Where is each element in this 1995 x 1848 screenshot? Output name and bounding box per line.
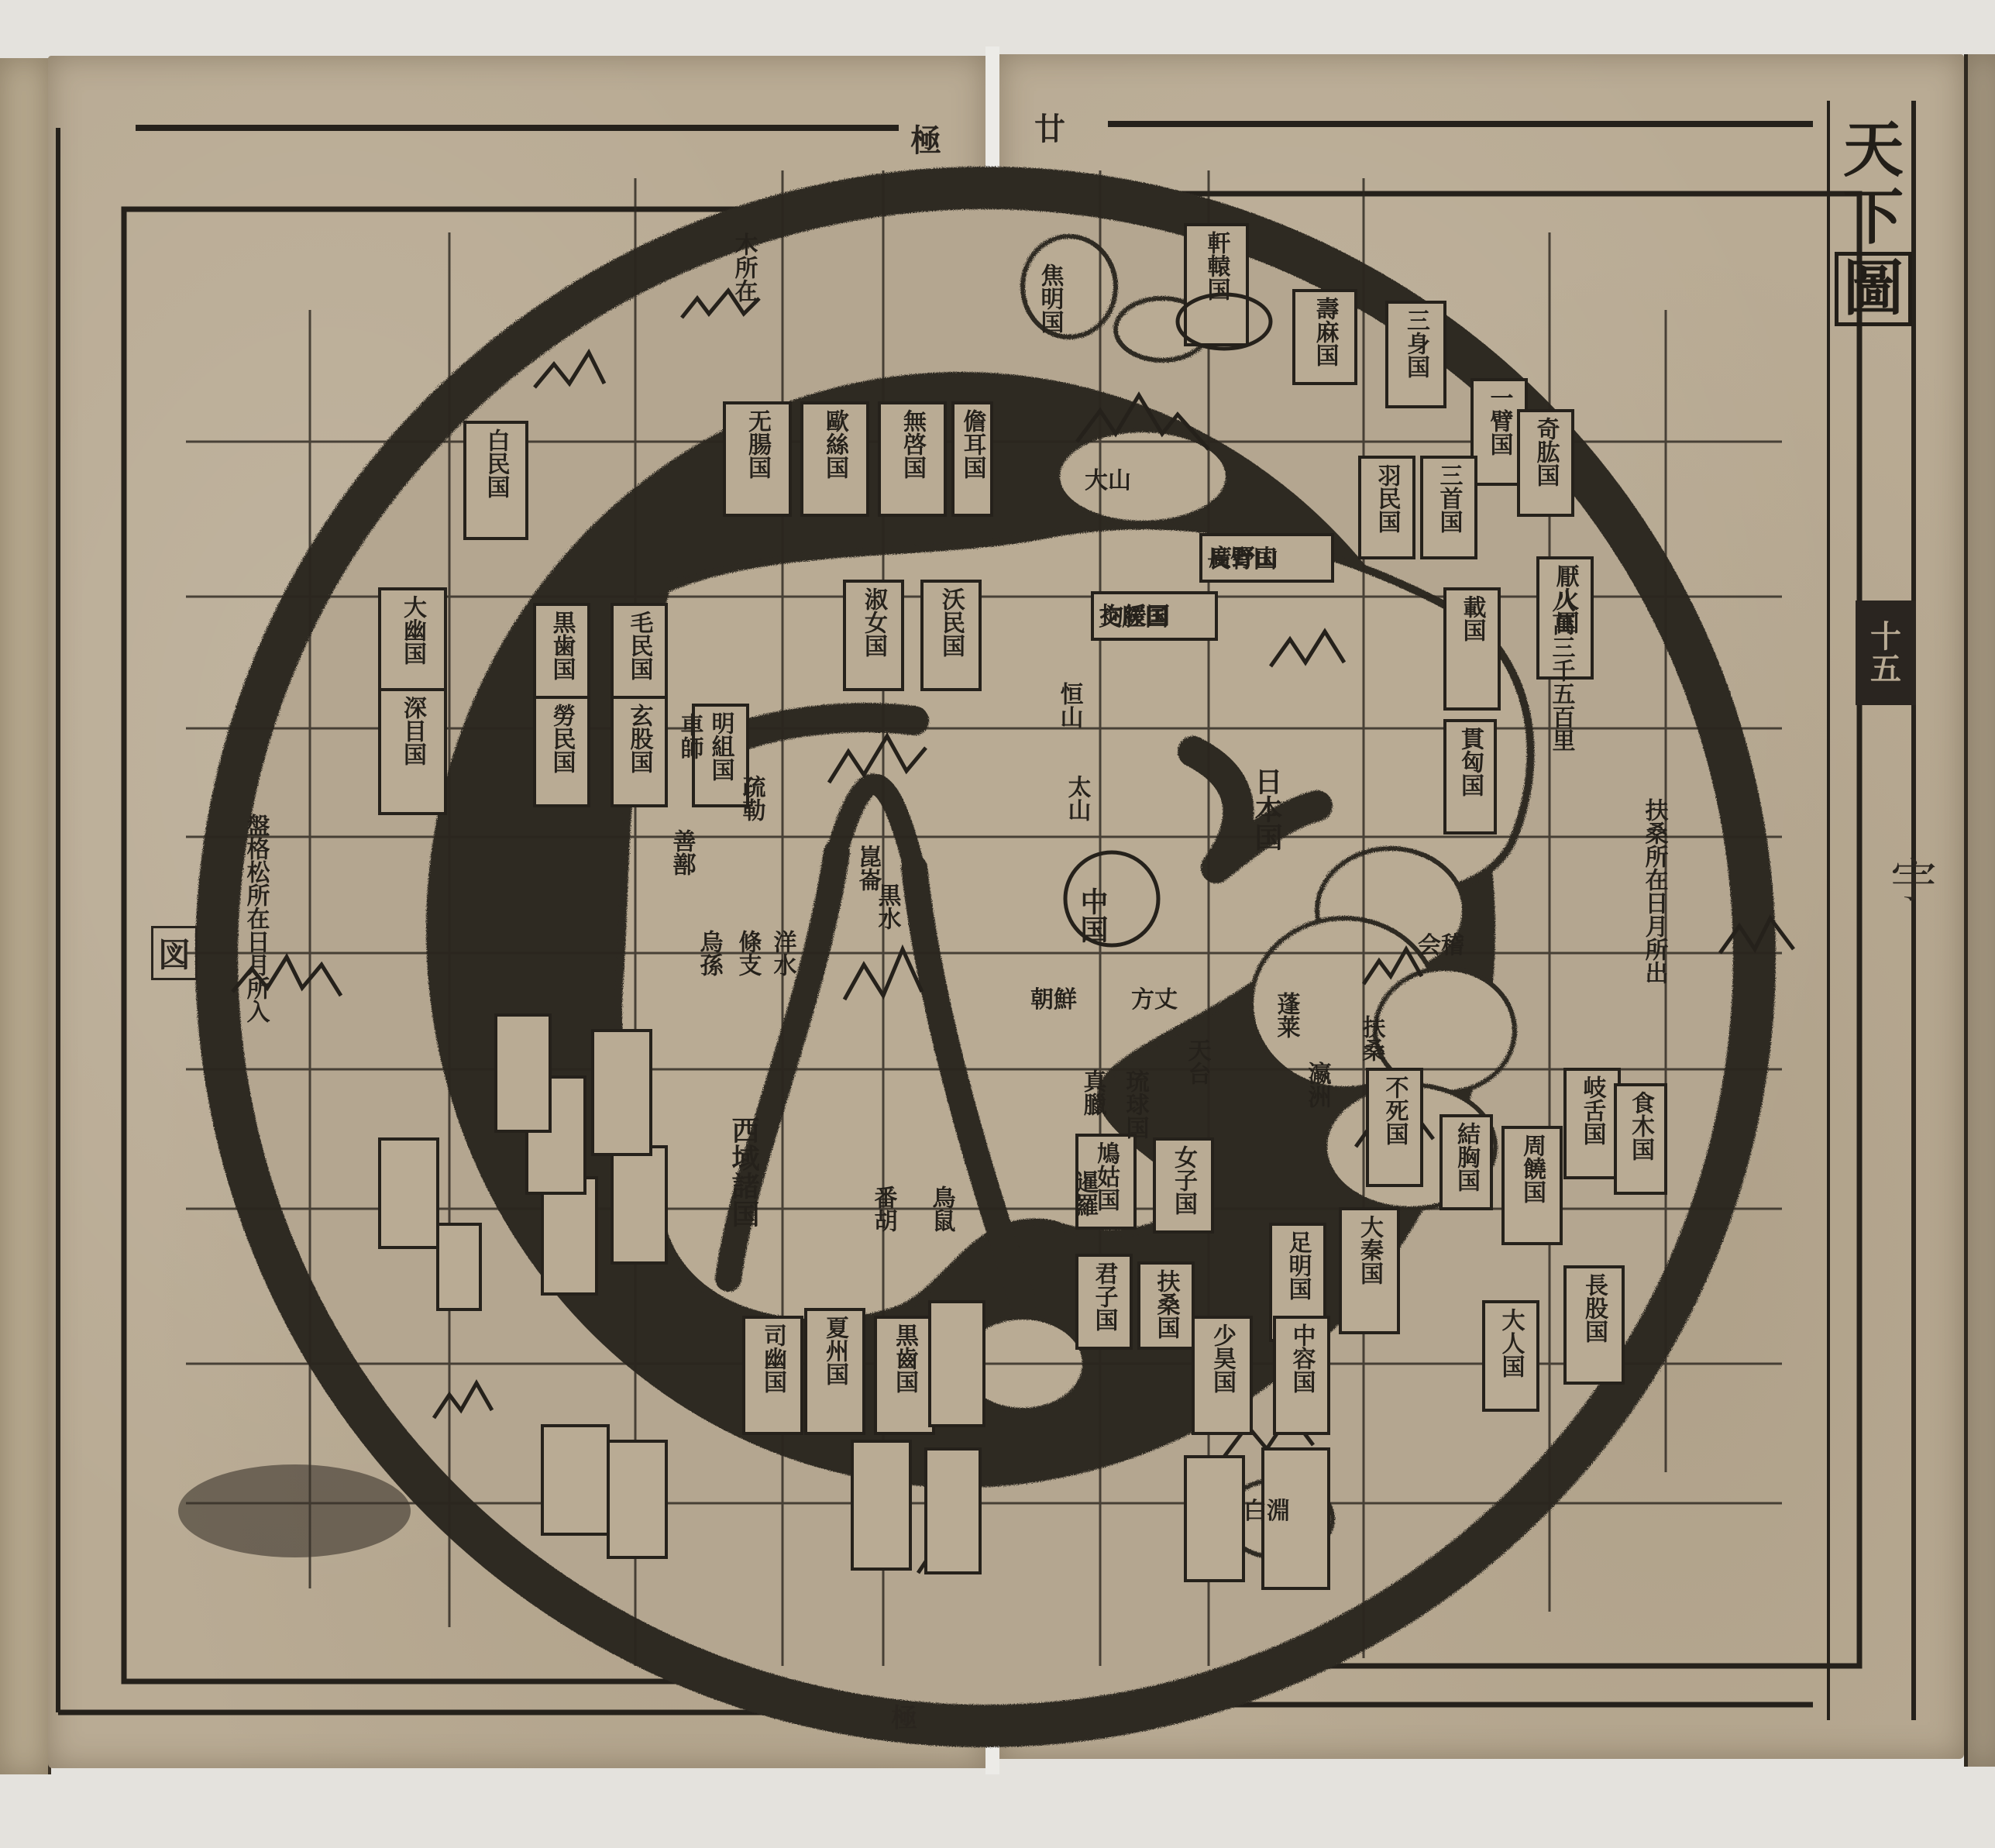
ring-box-label: 儋耳国 xyxy=(959,408,987,479)
ring-box-label: 三身国 xyxy=(1402,308,1430,378)
weathered-patch xyxy=(178,1464,411,1557)
book-spread: 中国 西域諸国 崑崙 黒水 洋水 條支 烏孫 疏勒 車師 善鄯 番胡 鳥鼠 太山… xyxy=(0,0,1995,1848)
page-number-char-2: 五 xyxy=(1870,653,1901,686)
ring-box-label: 羽民国 xyxy=(1374,463,1402,533)
ring-box-label: 大秦国 xyxy=(1356,1215,1384,1285)
label-fanhu: 番胡 xyxy=(870,1186,898,1232)
label-dazefangqianli: 焦明国 xyxy=(1037,263,1065,333)
ring-box-label: 周饒国 xyxy=(1519,1134,1546,1203)
map-title: 天 下 圖 xyxy=(1838,116,1909,326)
ring-box-label: 大幽国 xyxy=(399,595,427,665)
ring-box-label: 食木国 xyxy=(1627,1091,1655,1161)
label-chaoxian: 日本国 xyxy=(1250,767,1283,851)
ring-box-label: 軒轅国 xyxy=(1203,231,1231,301)
ring-box-label: 淑女国 xyxy=(860,587,888,657)
page-number-char-1: 十 xyxy=(1870,621,1901,653)
label-yingzhou: 扶桑 xyxy=(1358,1015,1386,1062)
label-heishui: 黒水 xyxy=(874,883,902,930)
ring-box-label: 司幽国 xyxy=(759,1323,787,1393)
label-fangzhang: 蓬莱 xyxy=(1273,992,1301,1038)
ring-box-label: 扶桑国 xyxy=(1153,1269,1181,1339)
ring-box-label: 奇肱国 xyxy=(1532,417,1560,487)
ring-box-label: 大人国 xyxy=(1498,1308,1525,1378)
label-hengshan-s: 朝鮮 xyxy=(1030,986,1077,1013)
ring-box-label: 載国 xyxy=(1459,595,1487,642)
label-cheshi: 車師 xyxy=(676,713,704,759)
label-wusun: 烏孫 xyxy=(696,929,724,976)
ring-box-label: 鳩姑国 xyxy=(1092,1141,1120,1211)
left-margin-mark: 図 xyxy=(151,926,198,980)
ring-box-label: 无腸国 xyxy=(744,409,772,479)
label-guangye: 大山 xyxy=(1085,467,1131,494)
label-xiyu: 西域諸国 xyxy=(727,1116,760,1227)
label-tiantai: 方丈 xyxy=(1131,986,1178,1013)
title-char-3: 圖 xyxy=(1835,252,1912,326)
ring-box-label: 勞民国 xyxy=(549,704,576,773)
label-taishan: 太山 xyxy=(1064,775,1092,821)
label-hengshan-n: 恒山 xyxy=(1056,682,1084,728)
ring-box-label: 深目国 xyxy=(399,696,427,766)
bottom-marker-left: 極 xyxy=(891,1697,917,1735)
ring-box-label: 明組国 xyxy=(707,711,735,781)
label-liuqiu: 天台 xyxy=(1184,1038,1212,1085)
ring-box-label: 夏州国 xyxy=(821,1316,849,1385)
ring-box-label: 白民国 xyxy=(483,428,510,498)
ring-box-label: 一臂国 xyxy=(1486,386,1514,456)
world-map: 中国 西域諸国 崑崙 黒水 洋水 條支 烏孫 疏勒 車師 善鄯 番胡 鳥鼠 太山… xyxy=(0,0,1995,1848)
label-baiyuan: 白淵 xyxy=(1243,1498,1290,1525)
label-pangu-sunset: 盤格松所在日月所入 xyxy=(242,813,270,1023)
top-marker-right: 廿 xyxy=(1034,105,1065,149)
label-xianluo: 真臘 xyxy=(1079,1069,1107,1117)
label-zhongguo: 中国 xyxy=(1076,887,1109,943)
ring-box-label: 無啓国 xyxy=(899,409,927,479)
ring-box-label: 中容国 xyxy=(1288,1323,1316,1393)
ring-box-label: 長臂国 xyxy=(1207,546,1277,573)
ring-box-label: 玄股国 xyxy=(626,703,654,773)
label-shanshan: 善鄯 xyxy=(669,829,697,876)
ring-box-label: 交脛国 xyxy=(1099,604,1168,631)
ring-box-label: 厭火国 xyxy=(1552,564,1580,634)
top-marker-left: 極 xyxy=(910,116,941,160)
ring-box-label: 君子国 xyxy=(1091,1261,1119,1331)
title-char-2: 下 xyxy=(1843,184,1904,251)
ring-box-label: 長股国 xyxy=(1581,1273,1608,1343)
label-fusang-island: 会稽 xyxy=(1418,932,1464,959)
ring-box-label: 不死国 xyxy=(1381,1075,1409,1145)
ring-box-label: 貫匈国 xyxy=(1457,727,1484,797)
label-yangshui: 洋水 xyxy=(769,930,797,976)
ring-box-label: 沃民国 xyxy=(937,587,965,657)
ring-box-label: 三首国 xyxy=(1436,463,1464,533)
label-niaoshu: 鳥鼠 xyxy=(928,1185,956,1233)
label-zhenla: 琉球国 xyxy=(1122,1069,1151,1139)
page-number: 十 五 xyxy=(1856,601,1916,705)
label-tiaozhi: 條支 xyxy=(734,930,762,976)
ring-box-label: 少昊国 xyxy=(1209,1323,1237,1393)
ring-box-label: 歐絲国 xyxy=(821,409,849,479)
ring-box-label: 女子国 xyxy=(1170,1145,1198,1215)
title-char-1: 天 xyxy=(1843,116,1904,184)
label-penglai: 瀛洲 xyxy=(1304,1061,1332,1108)
marginal-note: 宇 xyxy=(1890,845,1937,911)
ring-box-label: 毛民国 xyxy=(626,611,654,680)
label-mushou: 木所在 xyxy=(731,232,758,302)
ring-box-label: 足明国 xyxy=(1285,1230,1312,1300)
ring-box-label: 結胸国 xyxy=(1453,1122,1481,1192)
ring-box-label: 壽麻国 xyxy=(1312,297,1340,367)
label-fusang-sunrise: 扶桑所在日月所出 xyxy=(1641,798,1669,984)
ring-box-label: 黒歯国 xyxy=(549,611,576,680)
ring-box-label: 岐舌国 xyxy=(1579,1075,1607,1145)
ring-box-label: 黒齒国 xyxy=(891,1323,919,1393)
label-shule: 疏勒 xyxy=(738,775,766,821)
